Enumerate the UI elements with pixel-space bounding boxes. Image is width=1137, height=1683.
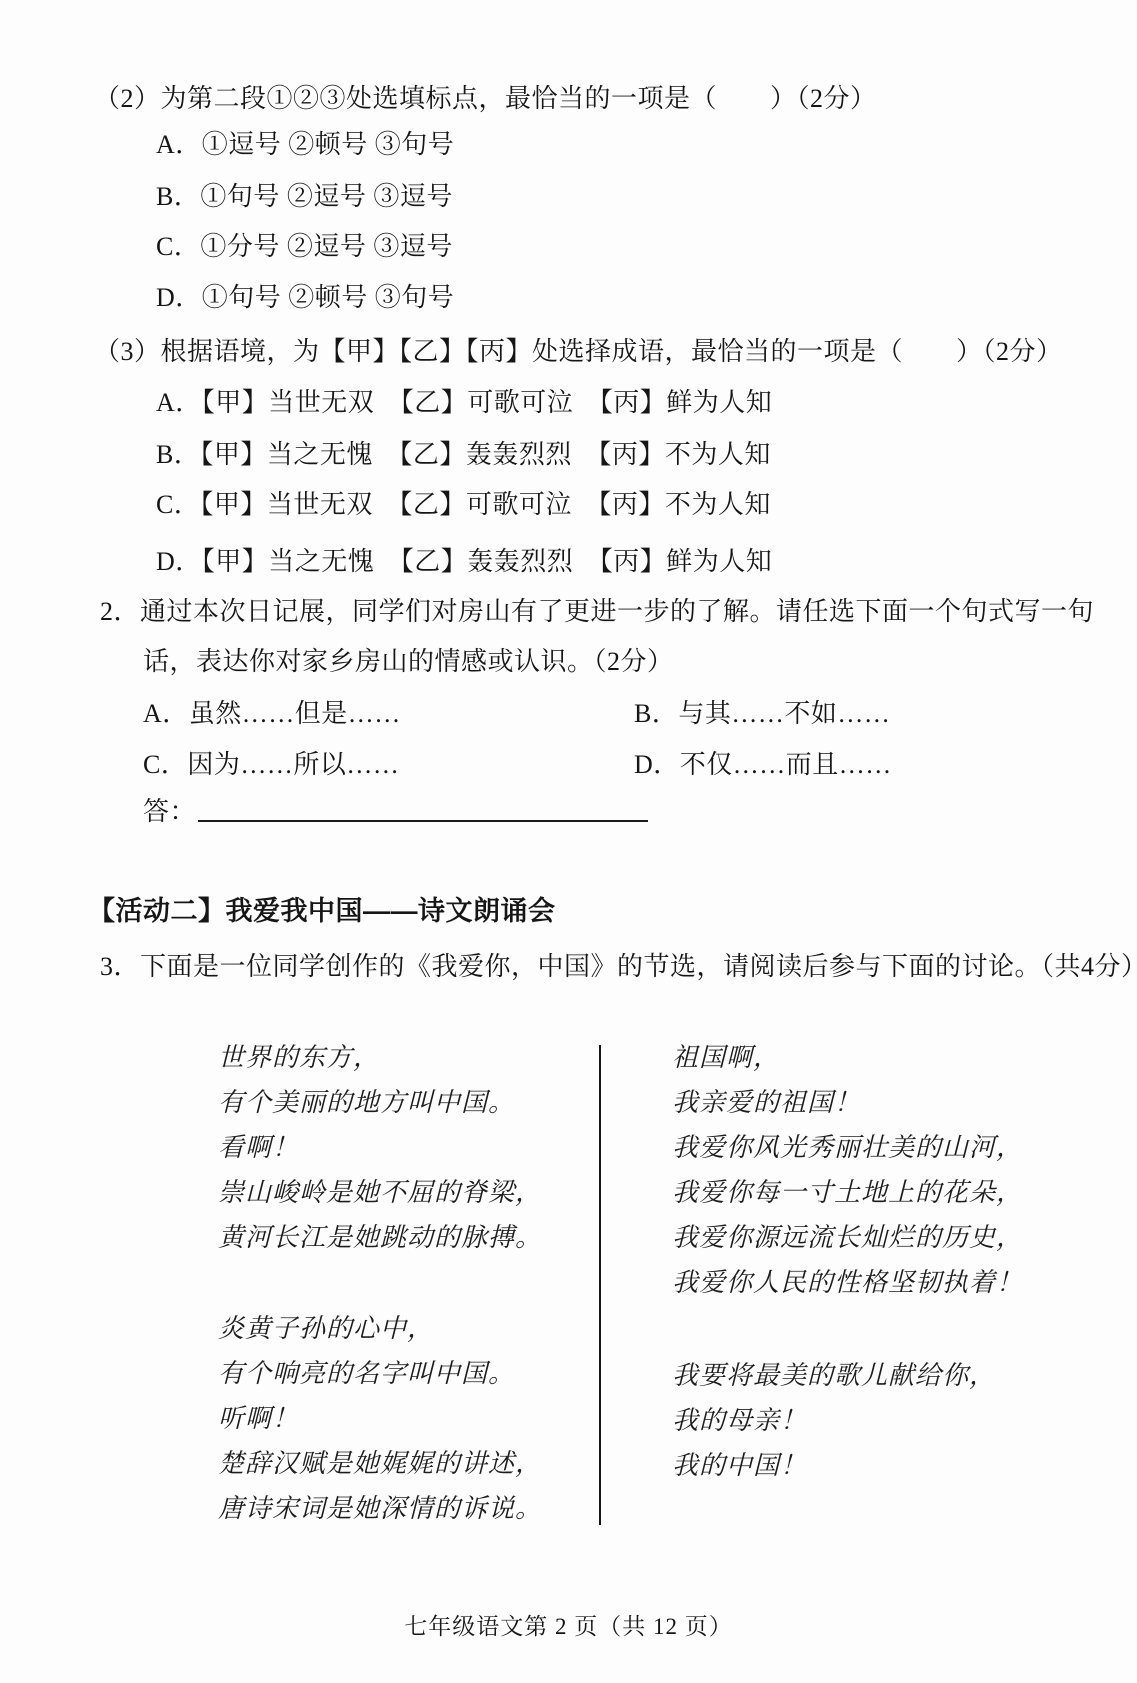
punctuation-option-b: B．①句号 ②逗号 ③逗号 <box>156 180 453 214</box>
poem-line: 我爱你人民的性格坚韧执着！ <box>672 1260 1023 1305</box>
poem-line: 看啊！ <box>218 1125 542 1170</box>
sentence-question-stem-line2: 话，表达你对家乡房山的情感或认识。（2分） <box>143 645 674 679</box>
sentence-option-c: C．因为……所以…… <box>143 748 399 782</box>
sentence-question-stem-line1: 2．通过本次日记展，同学们对房山有了更进一步的了解。请任选下面一个句式写一句 <box>100 595 1094 629</box>
idiom-option-c: C．【甲】当世无双 【乙】可歌可泣 【丙】不为人知 <box>156 488 771 522</box>
poem-line: 我要将最美的歌儿献给你， <box>672 1353 996 1398</box>
poem-line: 崇山峻岭是她不屈的脊梁， <box>218 1170 542 1215</box>
idiom-option-d: D．【甲】当之无愧 【乙】轰轰烈烈 【丙】鲜为人知 <box>156 545 772 579</box>
poem-left-stanza1: 世界的东方， 有个美丽的地方叫中国。 看啊！ 崇山峻岭是她不屈的脊梁， 黄河长江… <box>218 1035 542 1260</box>
poem-line: 我的母亲！ <box>672 1398 996 1443</box>
poem-left-stanza2: 炎黄子孙的心中， 有个响亮的名字叫中国。 听啊！ 楚辞汉赋是她娓娓的讲述， 唐诗… <box>218 1306 542 1531</box>
poem-line: 炎黄子孙的心中， <box>218 1306 542 1351</box>
idiom-option-a: A．【甲】当世无双 【乙】可歌可泣 【丙】鲜为人知 <box>156 386 772 420</box>
poem-line: 我爱你风光秀丽壮美的山河， <box>672 1125 1023 1170</box>
poem-question-intro: 3．下面是一位同学创作的《我爱你，中国》的节选，请阅读后参与下面的讨论。（共4分… <box>100 950 1137 984</box>
poem-line: 我爱你源远流长灿烂的历史， <box>672 1215 1023 1260</box>
idiom-option-b: B．【甲】当之无愧 【乙】轰轰烈烈 【丙】不为人知 <box>156 438 771 472</box>
poem-line: 我亲爱的祖国！ <box>672 1080 1023 1125</box>
poem-column-divider <box>599 1045 601 1525</box>
punctuation-option-a: A．①逗号 ②顿号 ③句号 <box>156 128 454 162</box>
poem-line: 我爱你每一寸土地上的花朵， <box>672 1170 1023 1215</box>
poem-line: 世界的东方， <box>218 1035 542 1080</box>
punctuation-question-stem: （2）为第二段①②③处选填标点，最恰当的一项是（ ）（2分） <box>94 82 877 116</box>
poem-line: 祖国啊， <box>672 1035 1023 1080</box>
poem-line: 楚辞汉赋是她娓娓的讲述， <box>218 1441 542 1486</box>
poem-line: 听啊！ <box>218 1396 542 1441</box>
poem-line: 有个响亮的名字叫中国。 <box>218 1351 542 1396</box>
poem-line: 我的中国！ <box>672 1443 996 1488</box>
poem-right-stanza2: 我要将最美的歌儿献给你， 我的母亲！ 我的中国！ <box>672 1353 996 1488</box>
punctuation-option-c: C．①分号 ②逗号 ③逗号 <box>156 230 453 264</box>
answer-blank-line <box>198 820 648 822</box>
idiom-question-stem: （3）根据语境，为【甲】【乙】【丙】处选择成语，最恰当的一项是（ ）（2分） <box>94 335 1063 369</box>
poem-line: 唐诗宋词是她深情的诉说。 <box>218 1486 542 1531</box>
exam-page: （2）为第二段①②③处选填标点，最恰当的一项是（ ）（2分） A．①逗号 ②顿号… <box>0 0 1137 1683</box>
activity2-heading: 【活动二】我爱我中国——诗文朗诵会 <box>88 894 556 928</box>
page-footer: 七年级语文第 2 页（共 12 页） <box>0 1608 1137 1641</box>
poem-line: 有个美丽的地方叫中国。 <box>218 1080 542 1125</box>
sentence-option-d: D．不仅……而且…… <box>634 748 892 782</box>
punctuation-option-d: D．①句号 ②顿号 ③句号 <box>156 281 454 315</box>
sentence-option-b: B．与其……不如…… <box>634 697 890 731</box>
answer-label: 答： <box>143 795 196 829</box>
sentence-option-a: A．虽然……但是…… <box>143 697 401 731</box>
poem-right-stanza1: 祖国啊， 我亲爱的祖国！ 我爱你风光秀丽壮美的山河， 我爱你每一寸土地上的花朵，… <box>672 1035 1023 1305</box>
poem-line: 黄河长江是她跳动的脉搏。 <box>218 1215 542 1260</box>
